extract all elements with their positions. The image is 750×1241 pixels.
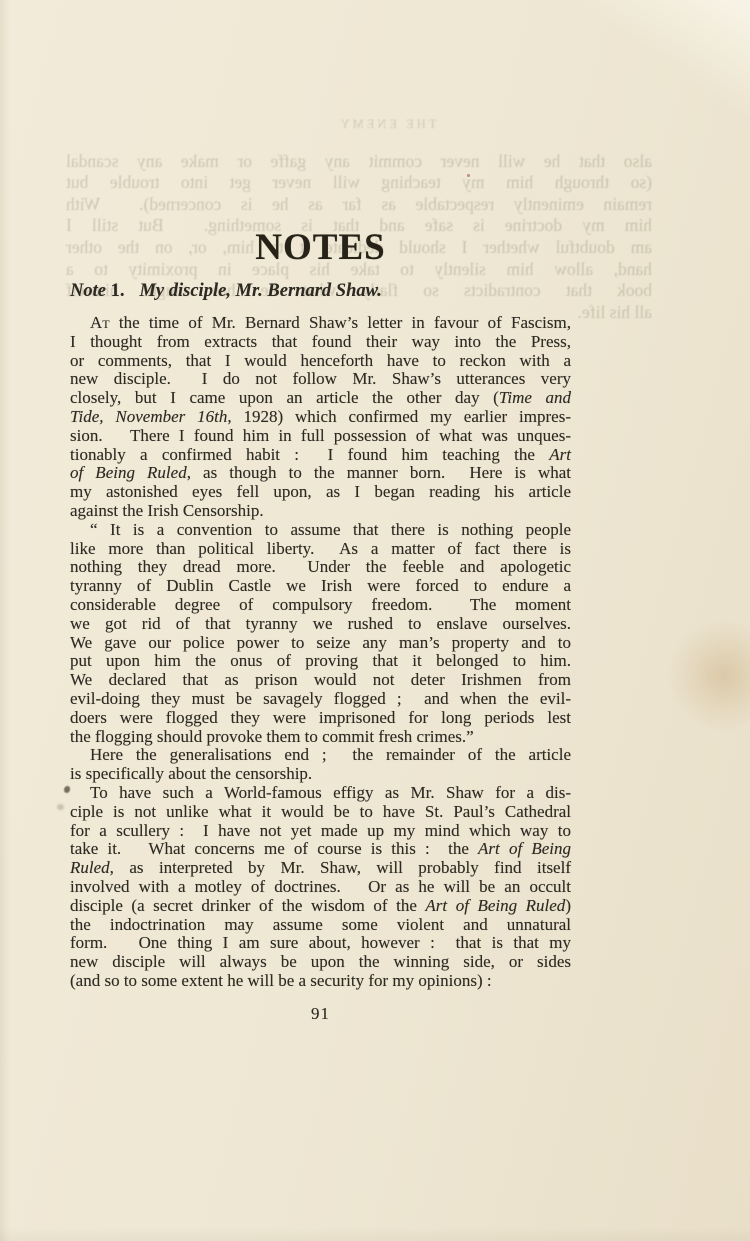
text-segment: We declared that as prison would not det…	[70, 670, 571, 689]
text-line: of Being Ruled, as though to the manner …	[70, 464, 571, 483]
text-segment: involved with a motley of doctrines. Or …	[70, 877, 571, 896]
text-segment: closely, but I came upon an article the …	[70, 388, 499, 407]
show-through-line: remain eminently respectable as far as h…	[66, 194, 652, 216]
text-line: We declared that as prison would not det…	[70, 671, 571, 690]
text-line: for a scullery : I have not yet made up …	[70, 822, 571, 841]
text-segment: the flogging should provoke them to comm…	[70, 727, 474, 746]
page-corner-fold	[570, 0, 750, 130]
text-segment: we got rid of that tyranny we rushed to …	[70, 614, 571, 633]
text-line: or comments, that I would henceforth hav…	[70, 352, 571, 371]
text-line: evil-doing they must be savagely flogged…	[70, 690, 571, 709]
text-segment: tyranny of Dublin Castle we Irish were f…	[70, 576, 571, 595]
text-segment: disciple (a secret drinker of the wisdom…	[70, 896, 425, 915]
text-segment: sion. There I found him in full possessi…	[70, 426, 571, 445]
text-line: “ It is a convention to assume that ther…	[70, 521, 571, 540]
text-line: ciple is not unlike what it would be to …	[70, 803, 571, 822]
text-segment: or comments, that I would henceforth hav…	[70, 351, 571, 370]
ink-speck-faint	[57, 804, 64, 810]
show-through-running-head: THE ENEMY	[66, 114, 708, 136]
text-line: against the Irish Censorship.	[70, 502, 571, 521]
text-segment: , as though to the manner born. Here is …	[187, 463, 571, 482]
text-line: like more than political liberty. As a m…	[70, 540, 571, 559]
text-line: is specifically about the censorship.	[70, 765, 571, 784]
text-segment: for a scullery : I have not yet made up …	[70, 821, 571, 840]
text-line: At the time of Mr. Bernard Shaw’s letter…	[70, 314, 571, 333]
text-line: Here the generalisations end ; the remai…	[70, 746, 571, 765]
text-line: my astonished eyes fell upon, as I began…	[70, 483, 571, 502]
text-segment: (and so to some extent he will be a secu…	[70, 971, 492, 990]
text-line: we got rid of that tyranny we rushed to …	[70, 615, 571, 634]
text-segment: of Being Ruled	[70, 463, 187, 482]
paragraph: At the time of Mr. Bernard Shaw’s letter…	[70, 314, 571, 521]
text-segment: put upon him the onus of proving that it…	[70, 651, 571, 670]
text-line: the flogging should provoke them to comm…	[70, 728, 571, 747]
text-line: form. One thing I am sure about, however…	[70, 934, 571, 953]
text-segment: ciple is not unlike what it would be to …	[70, 802, 571, 821]
text-segment: the indoctrination may assume some viole…	[70, 915, 571, 934]
page-number: 91	[70, 1004, 571, 1024]
text-line: Ruled, as interpreted by Mr. Shaw, will …	[70, 859, 571, 878]
text-segment: , as interpreted by Mr. Shaw, will proba…	[110, 858, 571, 877]
paragraph: “ It is a convention to assume that ther…	[70, 521, 571, 747]
text-segment: the time of Mr. Bernard Shaw’s letter in…	[110, 313, 571, 332]
text-segment: new disciple. I do not follow Mr. Shaw’s…	[70, 369, 571, 388]
text-line: We gave our police power to seize any ma…	[70, 634, 571, 653]
text-segment: against the Irish Censorship.	[70, 501, 264, 520]
text-segment: doers were flogged they were imprisoned …	[70, 708, 571, 727]
page-bottom-edge-shading	[0, 1227, 750, 1241]
text-segment: form. One thing I am sure about, however…	[70, 933, 571, 952]
text-segment: my astonished eyes fell upon, as I began…	[70, 482, 571, 501]
text-line: take it. What concerns me of course is t…	[70, 840, 571, 859]
note-title: My disciple, Mr. Bernard Shaw.	[139, 281, 381, 301]
text-segment: is specifically about the censorship.	[70, 764, 312, 783]
text-segment: new disciple will always be upon the win…	[70, 952, 571, 971]
paragraph: To have such a World-famous effigy as Mr…	[70, 784, 571, 991]
page-title: NOTES	[70, 226, 571, 269]
text-segment: like more than political liberty. As a m…	[70, 539, 571, 558]
text-line: closely, but I came upon an article the …	[70, 389, 571, 408]
text-segment: Art	[549, 445, 571, 464]
text-line: (and so to some extent he will be a secu…	[70, 972, 571, 991]
text-line: considerable degree of compulsory freedo…	[70, 596, 571, 615]
text-line: new disciple. I do not follow Mr. Shaw’s…	[70, 370, 571, 389]
note-heading: Note 1.My disciple, Mr. Bernard Shaw.	[70, 281, 571, 302]
text-segment: Art of Being	[478, 839, 571, 858]
page-left-edge-shading	[0, 0, 10, 1241]
text-line: new disciple will always be upon the win…	[70, 953, 571, 972]
text-segment: nothing they dread more. Under the feebl…	[70, 557, 571, 576]
text-segment: considerable degree of compulsory freedo…	[70, 595, 571, 614]
book-page: THE ENEMY also that he will never commit…	[0, 0, 750, 1241]
text-line: Tide, November 16th, 1928) which confirm…	[70, 408, 571, 427]
text-segment: , 1928) which confirmed my earlier impre…	[227, 407, 571, 426]
text-line: the indoctrination may assume some viole…	[70, 916, 571, 935]
show-through-line: also that he will never commit any gaffe…	[66, 151, 652, 173]
text-line: involved with a motley of doctrines. Or …	[70, 878, 571, 897]
text-segment: tionably a confirmed habit : I found him…	[70, 445, 549, 464]
body-text: At the time of Mr. Bernard Shaw’s letter…	[70, 314, 571, 991]
text-segment: Time and	[499, 388, 571, 407]
paper-stain	[664, 618, 750, 733]
paragraph: Here the generalisations end ; the remai…	[70, 746, 571, 784]
text-line: I thought from extracts that found their…	[70, 333, 571, 352]
text-segment: I thought from extracts that found their…	[70, 332, 571, 351]
text-segment: Tide, November 16th	[70, 407, 227, 426]
text-segment: At	[90, 313, 110, 332]
text-line: disciple (a secret drinker of the wisdom…	[70, 897, 571, 916]
text-segment: We gave our police power to seize any ma…	[70, 633, 571, 652]
text-line: To have such a World-famous effigy as Mr…	[70, 784, 571, 803]
text-segment: Ruled	[70, 858, 110, 877]
text-line: sion. There I found him in full possessi…	[70, 427, 571, 446]
text-segment: )	[565, 896, 571, 915]
note-label-word: Note	[70, 281, 106, 301]
text-segment: Here the generalisations end ; the remai…	[90, 745, 571, 764]
text-line: tyranny of Dublin Castle we Irish were f…	[70, 577, 571, 596]
text-line: put upon him the onus of proving that it…	[70, 652, 571, 671]
text-segment: Art of Being Ruled	[425, 896, 565, 915]
text-segment: To have such a World-famous effigy as Mr…	[90, 783, 571, 802]
text-line: nothing they dread more. Under the feebl…	[70, 558, 571, 577]
text-segment: “ It is a convention to assume that ther…	[90, 520, 571, 539]
text-segment: evil-doing they must be savagely flogged…	[70, 689, 571, 708]
text-segment: take it. What concerns me of course is t…	[70, 839, 478, 858]
text-line: doers were flogged they were imprisoned …	[70, 709, 571, 728]
show-through-line: (so through him my teaching will never g…	[66, 172, 652, 194]
note-label-number: 1.	[106, 281, 125, 301]
text-line: tionably a confirmed habit : I found him…	[70, 446, 571, 465]
